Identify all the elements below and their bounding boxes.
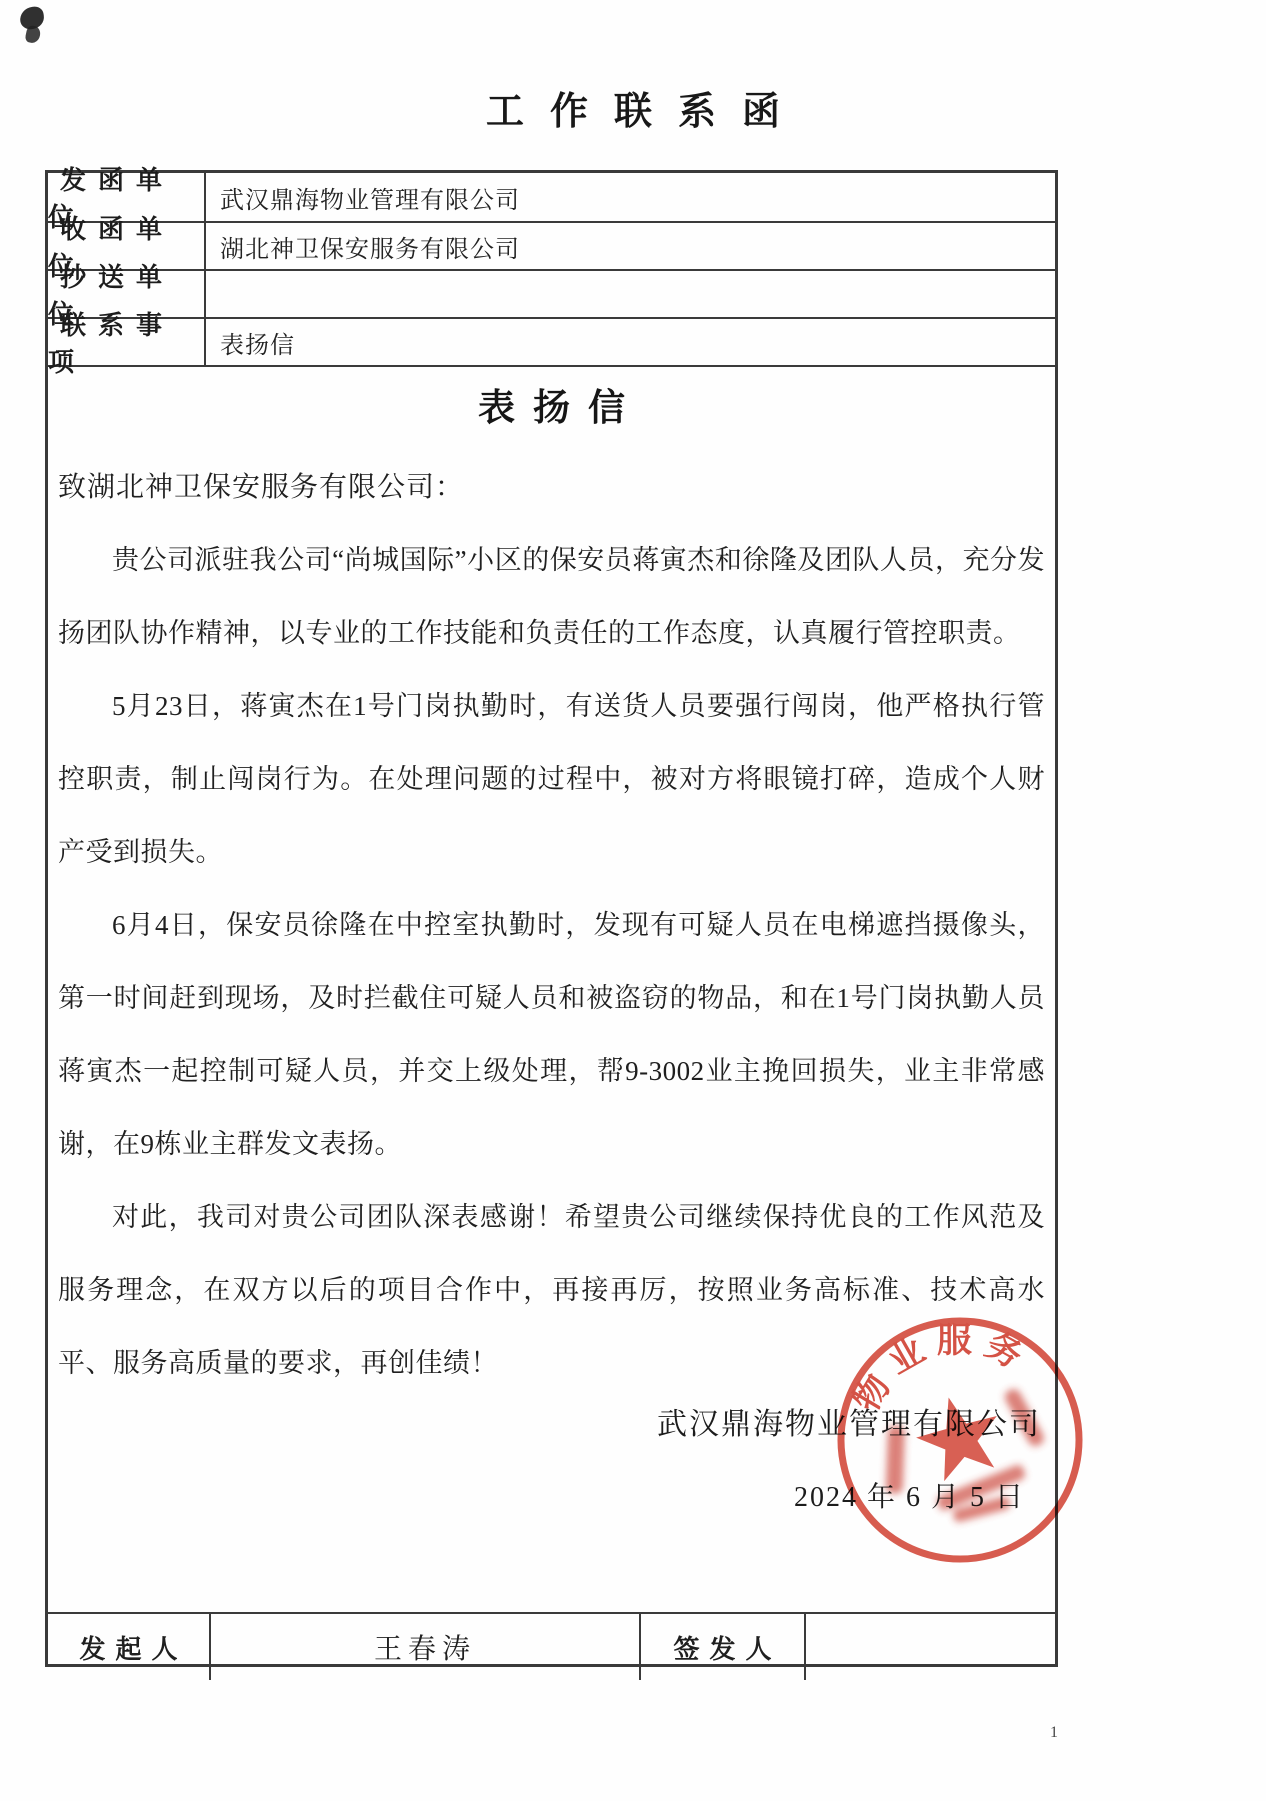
table-row: 联系事项 表扬信 <box>48 319 1055 367</box>
signer-value <box>806 1614 1055 1680</box>
letter-body-cell: 表扬信 致湖北神卫保安服务有限公司： 贵公司派驻我公司“尚城国际”小区的保安员蒋… <box>48 381 1055 1614</box>
letter-paragraph: 5月23日，蒋寅杰在1号门岗执勤时，有送货人员要强行闯岗，他严格执行管控职责，制… <box>58 670 1045 889</box>
contact-matter-value: 表扬信 <box>206 319 1055 365</box>
contact-matter-label: 联系事项 <box>48 319 206 365</box>
receiving-unit-value: 湖北神卫保安服务有限公司 <box>206 223 1055 269</box>
letter-paragraph: 贵公司派驻我公司“尚城国际”小区的保安员蒋寅杰和徐隆及团队人员，充分发扬团队协作… <box>58 524 1045 670</box>
letter-paragraph: 对此，我司对贵公司团队深表感谢！希望贵公司继续保持优良的工作风范及服务理念，在双… <box>58 1181 1045 1400</box>
sending-unit-value: 武汉鼎海物业管理有限公司 <box>206 173 1055 221</box>
initiator-value: 王春涛 <box>211 1614 641 1680</box>
letter-salutation: 致湖北神卫保安服务有限公司： <box>58 451 1045 524</box>
table-row: 发起人 王春涛 签发人 <box>48 1614 1055 1680</box>
cc-unit-value <box>206 271 1055 317</box>
contact-letter-table: 发函单位 武汉鼎海物业管理有限公司 收函单位 湖北神卫保安服务有限公司 抄送单位… <box>45 170 1058 1667</box>
document-title: 工作联系函 <box>0 80 1266 135</box>
signer-label: 签发人 <box>641 1614 806 1680</box>
signature-company: 武汉鼎海物业管理有限公司 <box>657 1399 1041 1443</box>
letter-title: 表扬信 <box>58 381 1045 437</box>
letter-paragraph: 6月4日，保安员徐隆在中控室执勤时，发现有可疑人员在电梯遮挡摄像头，第一时间赶到… <box>58 889 1045 1181</box>
page-number: 1 <box>1050 1724 1058 1742</box>
signature-date: 2024 年 6 月 5 日 <box>794 1475 1025 1515</box>
initiator-label: 发起人 <box>48 1614 211 1680</box>
scanned-document-page: 工作联系函 发函单位 武汉鼎海物业管理有限公司 收函单位 湖北神卫保安服务有限公… <box>0 0 1266 1801</box>
ink-blot <box>24 25 41 45</box>
